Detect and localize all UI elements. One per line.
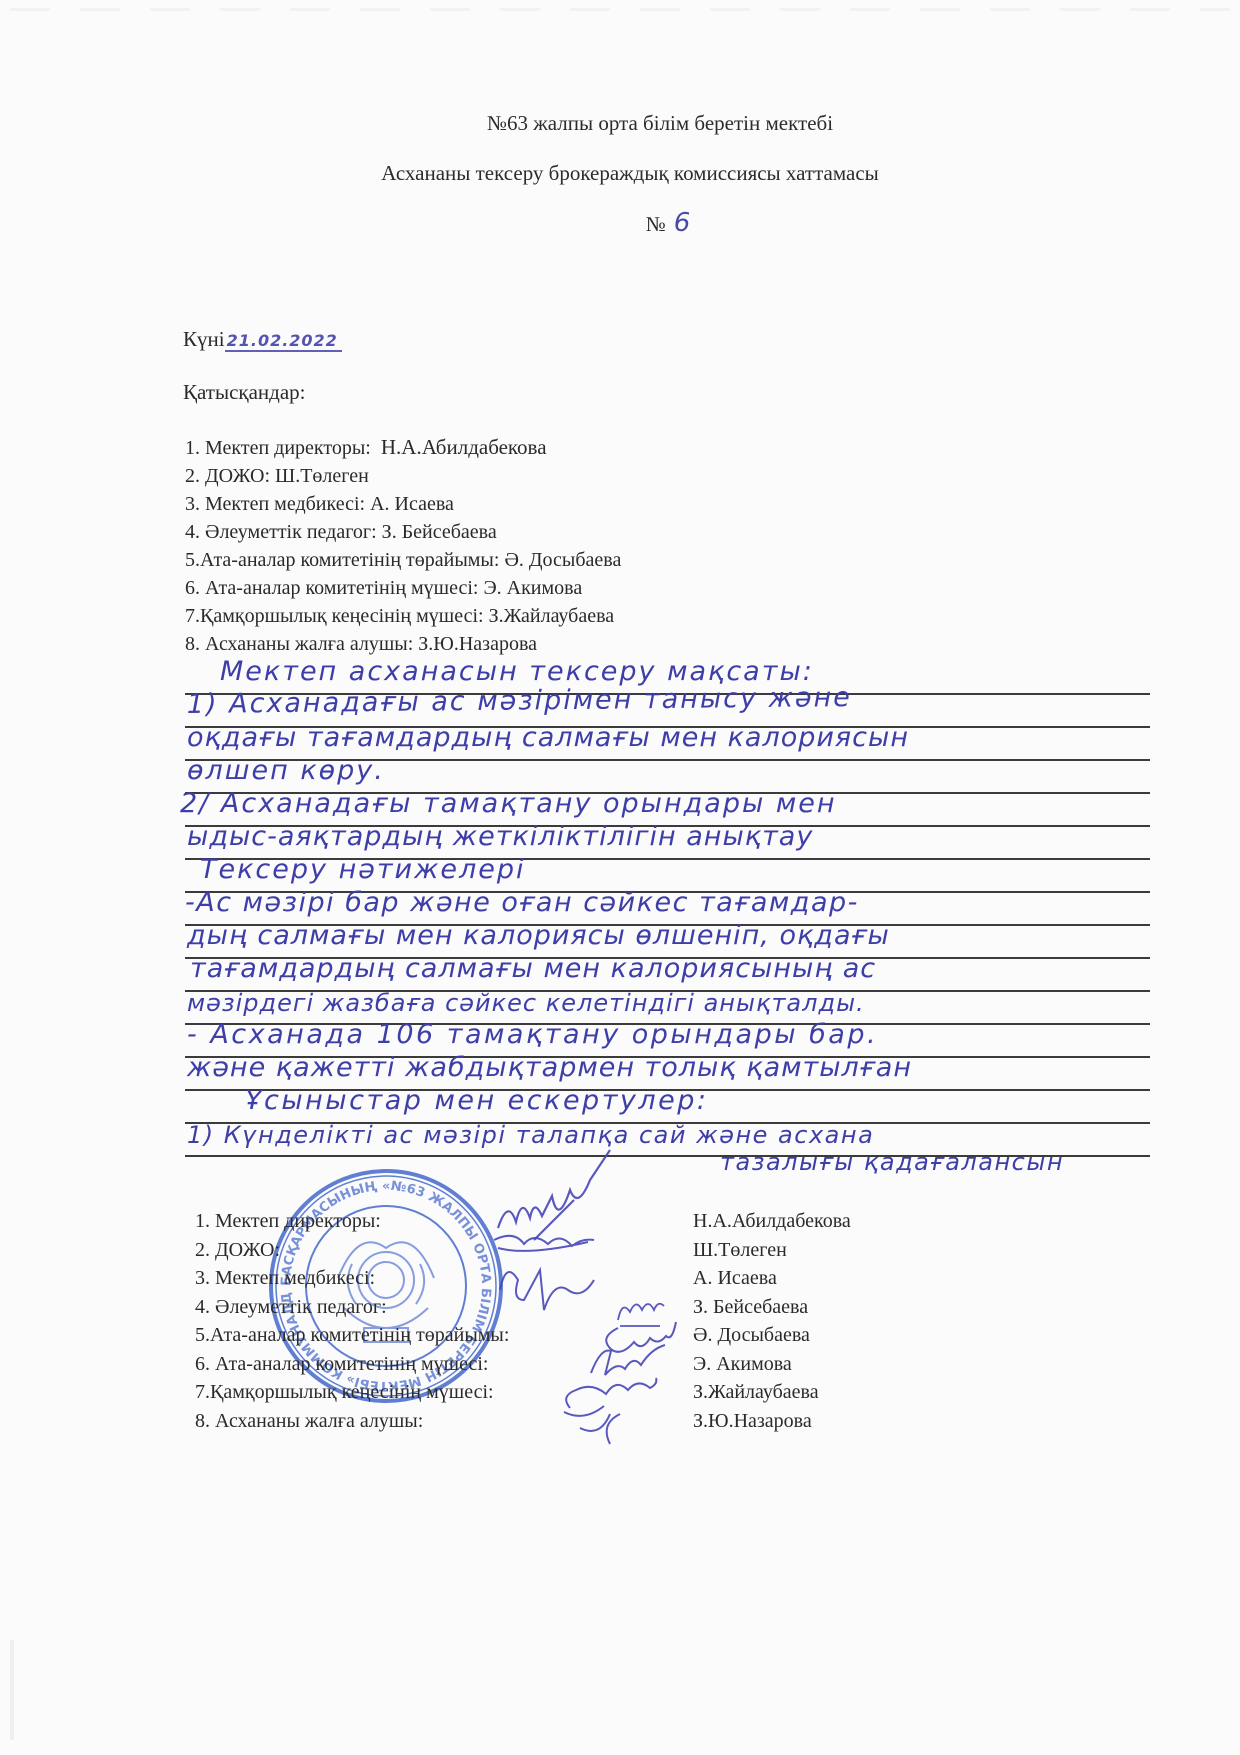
handwritten-line: - Асханада 106 тамақтану орындары бар. [187,1019,878,1050]
signature-role-row: 4. Әлеуметтік педагог: [195,1293,509,1322]
signatory-name: З.Жайлаубаева [693,1378,851,1407]
signature-trustee-member [550,1368,670,1453]
number-value: 6 [674,208,691,238]
signature-role: Қамқоршылық кеңесінің мүшесі: [210,1381,494,1403]
handwritten-line: мәзірдегі жазбаға сәйкес келетіндігі аны… [187,989,865,1017]
signatory-name: Ш.Төлеген [693,1236,851,1265]
participant-name: З.Ю.Назарова [418,633,537,655]
signature-role: Мектеп директоры: [215,1210,381,1232]
signature-role: Мектеп медбикесі: [215,1267,375,1289]
participant-row: 1. Мектеп директоры: Н.А.Абилдабекова [185,433,621,462]
document-title: Асхананы тексеру брокераждық комиссиясы … [10,161,1240,186]
handwritten-line: және қажетті жабдықтармен толық қамтылға… [187,1052,912,1083]
signature-role: Асхананы жалға алушы: [215,1410,423,1432]
handwritten-line: Ұсыныстар мен ескертулер: [245,1085,709,1116]
handwritten-line: тазалығы қадағалансын [720,1148,1064,1176]
participant-index: 5. [185,549,200,571]
participant-index: 7. [185,605,200,627]
date-value: 21.02.2022 [225,331,342,352]
signature-nurse [490,1250,600,1315]
participant-name: А. Исаева [370,493,454,515]
number-label: № [646,212,666,236]
participant-index: 8. [185,633,200,655]
handwritten-line: дың салмағы мен калориясы өлшеніп, оқдағ… [187,920,890,951]
handwritten-line: өлшеп көру. [187,755,385,786]
participant-row: 4. Әлеуметтік педагог: З. Бейсебаева [185,518,621,546]
signature-index: 3. [195,1267,210,1289]
participant-name: З. Бейсебаева [382,521,497,543]
participant-index: 3. [185,493,200,515]
signatory-name: Э. Акимова [693,1350,851,1379]
participant-name: Ш.Төлеген [275,465,369,487]
signature-role: Ата-аналар комитетінің мүшесі: [215,1353,488,1375]
signature-scribble-icon [550,1368,670,1448]
document-page: №63 жалпы орта білім беретін мектебі Асх… [0,0,1240,1755]
handwritten-line: Тексеру нәтижелері [200,854,526,885]
participant-role: Ата-аналар комитетінің мүшесі: [205,577,478,599]
signature-role: ДОЖО: [215,1239,280,1261]
handwritten-line: 2/ Асханадағы тамақтану орындары мен [180,788,837,819]
signature-role-row: 1. Мектеп директоры: [195,1207,509,1236]
participant-row: 7.Қамқоршылық кеңесінің мүшесі: З.Жайлау… [185,602,621,630]
signature-index: 4. [195,1296,210,1318]
signature-role-row: 3. Мектеп медбикесі: [195,1264,509,1293]
participant-row: 2. ДОЖО: Ш.Төлеген [185,462,621,490]
participant-role: Қамқоршылық кеңесінің мүшесі: [200,605,484,627]
participant-role: Мектеп медбикесі: [205,493,365,515]
participant-role: Асхананы жалға алушы: [205,633,413,655]
participant-role: ДОЖО: [205,465,270,487]
handwritten-line: 1) Асханадағы ас мәзірімен танысу және [187,682,852,720]
signature-index: 1. [195,1210,210,1232]
scan-artifact-top [10,8,1230,11]
signature-role-row: 2. ДОЖО: [195,1236,509,1265]
participant-index: 6. [185,577,200,599]
participant-name: Ә. Досыбаева [504,549,621,571]
handwritten-line: Мектеп асханасын тексеру мақсаты: [220,656,814,687]
signature-role: Әлеуметтік педагог: [215,1296,387,1318]
participant-index: 4. [185,521,200,543]
handwritten-line: -Ас мәзірі бар және оған сәйкес тағамдар… [185,887,859,918]
participant-name: З.Жайлаубаева [489,605,615,627]
date-row: Күні21.02.2022 [183,327,342,352]
participant-row: 6. Ата-аналар комитетінің мүшесі: Э. Аки… [185,574,621,602]
participants-list: 1. Мектеп директоры: Н.А.Абилдабекова 2.… [185,433,621,658]
signature-index: 5. [195,1324,210,1346]
signature-role-row: 8. Асхананы жалға алушы: [195,1407,509,1436]
participant-name: Н.А.Абилдабекова [381,435,547,459]
signature-index: 8. [195,1410,210,1432]
scan-artifact-left [10,1640,14,1740]
school-name: №63 жалпы орта білім беретін мектебі [40,111,1240,136]
signature-role-row: 7.Қамқоршылық кеңесінің мүшесі: [195,1378,509,1407]
participant-role: Мектеп директоры: [205,437,371,459]
protocol-number: №6 [48,208,1240,238]
date-label: Күні [183,327,225,351]
signatory-name: Н.А.Абилдабекова [693,1207,851,1236]
participant-index: 2. [185,465,200,487]
participant-role: Ата-аналар комитетінің төрайымы: [200,549,499,571]
participant-row: 3. Мектеп медбикесі: А. Исаева [185,490,621,518]
signature-names: Н.А.Абилдабекова Ш.Төлеген А. Исаева З. … [693,1207,851,1435]
signature-scribble-icon [490,1250,600,1310]
signatory-name: Ә. Досыбаева [693,1321,851,1350]
handwritten-line: оқдағы тағамдардың салмағы мен калориясы… [187,722,909,753]
participant-row: 8. Асхананы жалға алушы: З.Ю.Назарова [185,630,621,658]
signatory-name: З.Ю.Назарова [693,1407,851,1436]
signature-role-row: 5.Ата-аналар комитетінің төрайымы: [195,1321,509,1350]
participant-role: Әлеуметтік педагог: [205,521,377,543]
signatory-name: А. Исаева [693,1264,851,1293]
signature-index: 7. [195,1381,210,1403]
handwritten-line: 1) Күнделікті ас мәзірі талапқа сай және… [187,1121,874,1149]
signature-role-row: 6. Ата-аналар комитетінің мүшесі: [195,1350,509,1379]
signature-index: 2. [195,1239,210,1261]
handwritten-line: тағамдардың салмағы мен калориясының ас [190,953,876,984]
participants-label: Қатысқандар: [183,380,306,405]
participant-name: Э. Акимова [483,577,582,599]
signature-index: 6. [195,1353,210,1375]
handwritten-line: ыдыс-аяқтардың жеткіліктілігін анықтау [187,821,813,852]
participant-row: 5.Ата-аналар комитетінің төрайымы: Ә. До… [185,546,621,574]
signature-role: Ата-аналар комитетінің төрайымы: [210,1324,509,1346]
participant-index: 1. [185,437,200,459]
signature-roles: 1. Мектеп директоры: 2. ДОЖО: 3. Мектеп … [195,1207,509,1435]
signatory-name: З. Бейсебаева [693,1293,851,1322]
